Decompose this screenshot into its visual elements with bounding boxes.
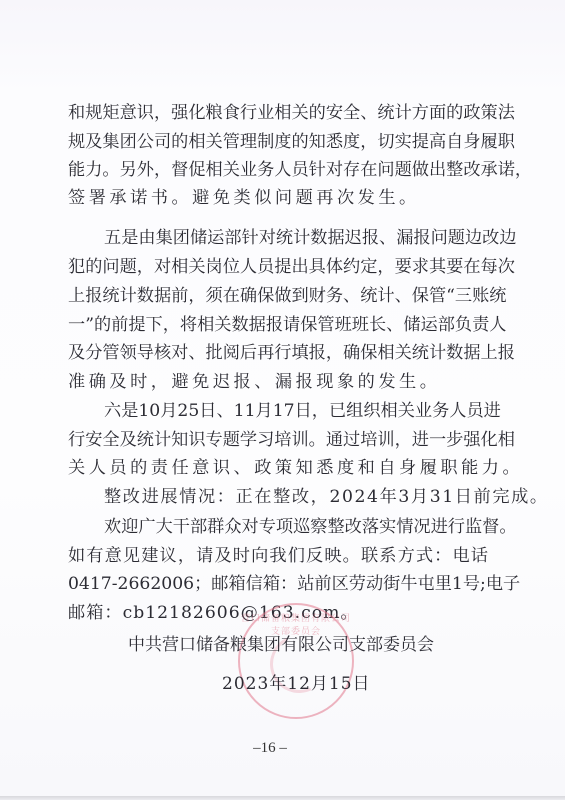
document-page: 和规矩意识，强化粮食行业相关的安全、统计方面的政策法 规及集团公司的相关管理制度… <box>0 0 565 800</box>
paragraph-line: 和规矩意识，强化粮食行业相关的安全、统计方面的政策法 <box>68 99 488 127</box>
email-line: 邮箱：cb12182606@163.com。 <box>68 599 488 627</box>
item-six-line: 关人员的责任意识、政策知悉度和自身履职能力。 <box>68 454 488 482</box>
item-five-line: 及分管领导核对、批阅后再行填报，确保相关统计数据上报 <box>68 339 488 367</box>
item-five-line: 犯的问题，对相关岗位人员提出具体约定，要求其要在每次 <box>68 253 488 281</box>
paragraph-line: 签署承诺书。避免类似问题再次发生。 <box>68 184 488 212</box>
item-five-line: 上报统计数据前，须在确保做到财务、统计、保管“三账统 <box>68 282 488 310</box>
item-six-line: 六是10月25日、11月17日，已组织相关业务人员进 <box>104 397 488 425</box>
paragraph-line: 规及集团公司的相关管理制度的知悉度，切实提高自身履职 <box>68 128 488 156</box>
signature-organization: 中共营口储备粮集团有限公司支部委员会 <box>128 631 414 659</box>
supervision-line: 如有意见建议，请及时向我们反映。联系方式：电话 <box>68 542 488 570</box>
page-number: –16 – <box>240 740 300 757</box>
item-five-line: 一”的前提下，将相关数据报请保管班班长、储运部负责人 <box>68 311 488 339</box>
page-bottom-edge <box>0 796 565 800</box>
contact-line: 0417-2662006；邮箱信箱：站前区劳动街牛屯里1号;电子 <box>68 570 488 598</box>
paragraph-line: 能力。另外，督促相关业务人员针对存在问题做出整改承诺， <box>68 156 488 184</box>
item-five-line: 准确及时，避免迟报、漏报现象的发生。 <box>68 368 488 396</box>
supervision-line: 欢迎广大干部群众对专项巡察整改落实情况进行监督。 <box>104 513 488 541</box>
item-five-line: 五是由集团储运部针对统计数据迟报、漏报问题边改边 <box>104 224 488 252</box>
progress-status: 整改进展情况：正在整改，2024年3月31日前完成。 <box>104 483 488 511</box>
signature-date: 2023年12月15日 <box>222 670 354 698</box>
item-six-line: 行安全及统计知识专题学习培训。通过培训，进一步强化相 <box>68 426 488 454</box>
